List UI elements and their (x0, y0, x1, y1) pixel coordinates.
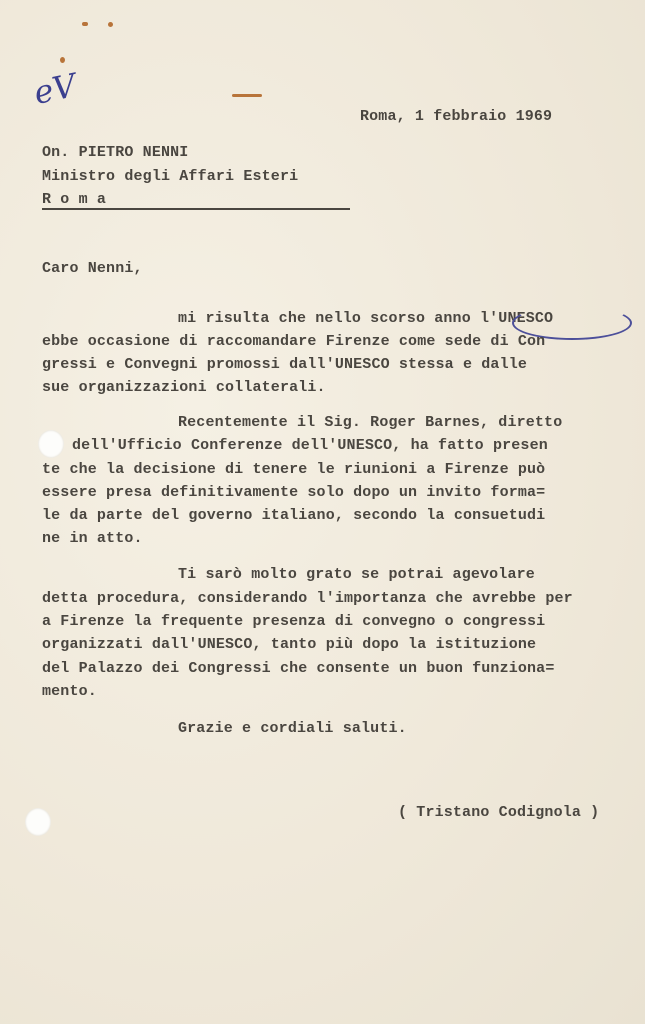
address-underline (42, 208, 350, 210)
paragraph3-line: mento. (42, 683, 97, 700)
punch-hole (38, 430, 64, 458)
paragraph2-line: essere presa definitivamente solo dopo u… (42, 484, 545, 501)
closing: Grazie e cordiali saluti. (178, 720, 407, 737)
rust-stain (60, 57, 65, 63)
paragraph2-line: te che la decisione di tenere le riunion… (42, 461, 545, 478)
recipient-city: R o m a (42, 191, 106, 208)
paragraph2-line: le da parte del governo italiano, second… (42, 507, 545, 524)
paragraph1-line: gressi e Convegni promossi dall'UNESCO s… (42, 356, 527, 373)
paragraph3-line: del Palazzo dei Congressi che consente u… (42, 660, 554, 677)
paragraph2-line: ne in atto. (42, 530, 143, 547)
paragraph1-line: sue organizzazioni collaterali. (42, 379, 326, 396)
rust-stain (232, 94, 262, 97)
handwritten-initials: eV (31, 66, 80, 112)
letter-page: eV Roma, 1 febbraio 1969 On. PIETRO NENN… (0, 0, 645, 1024)
paragraph3-line: Ti sarò molto grato se potrai agevolare (178, 566, 535, 583)
punch-hole (25, 808, 51, 836)
rust-stain (82, 22, 88, 26)
paragraph1-line: ebbe occasione di raccomandare Firenze c… (42, 333, 545, 350)
recipient-name: On. PIETRO NENNI (42, 144, 188, 161)
paragraph2-line: Recentemente il Sig. Roger Barnes, diret… (178, 414, 562, 431)
recipient-title: Ministro degli Affari Esteri (42, 168, 298, 185)
salutation: Caro Nenni, (42, 260, 143, 277)
paragraph3-line: organizzati dall'UNESCO, tanto più dopo … (42, 636, 536, 653)
rust-stain (108, 22, 113, 27)
signature: ( Tristano Codignola ) (398, 804, 599, 821)
paragraph3-line: a Firenze la frequente presenza di conve… (42, 613, 545, 630)
paragraph3-line: detta procedura, considerando l'importan… (42, 590, 573, 607)
paragraph2-line: dell'Ufficio Conferenze dell'UNESCO, ha … (72, 437, 548, 454)
date-line: Roma, 1 febbraio 1969 (360, 108, 552, 125)
paragraph1-line: mi risulta che nello scorso anno l'UNESC… (178, 310, 553, 327)
